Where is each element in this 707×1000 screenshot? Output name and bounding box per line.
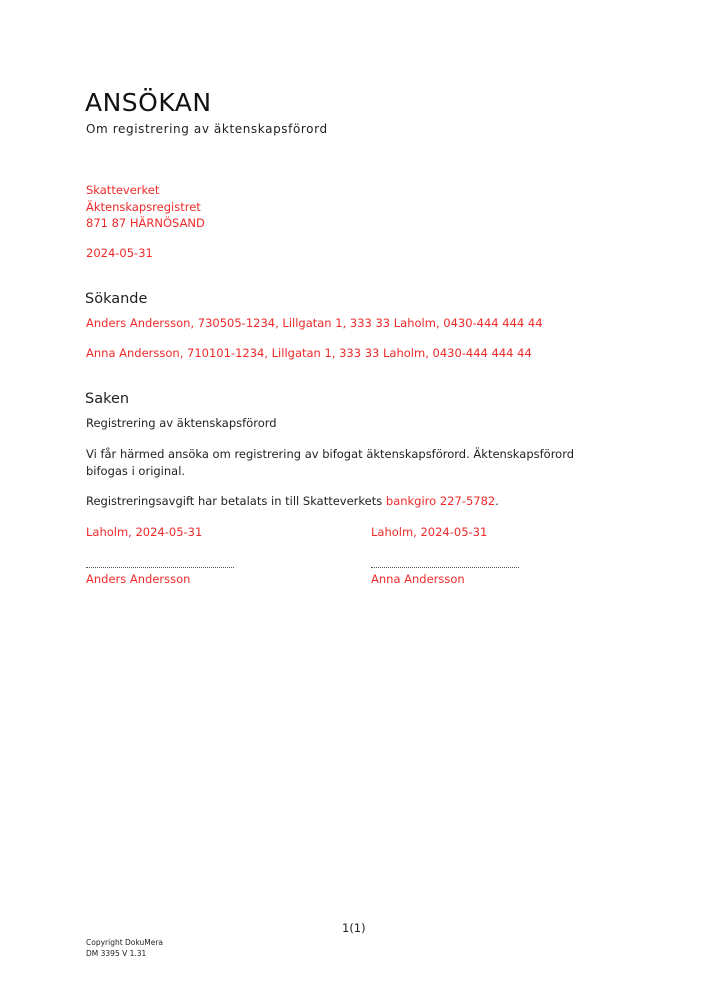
- applicants-heading: Sökande: [85, 291, 147, 307]
- document-title: ANSÖKAN: [85, 88, 212, 117]
- page-number: 1(1): [342, 921, 366, 935]
- signature-line-2: [371, 567, 519, 568]
- recipient-line-1: Skatteverket: [86, 182, 205, 199]
- signature-line-1: [86, 567, 234, 568]
- paragraph-2-suffix: .: [495, 494, 499, 508]
- applicant-1: Anders Andersson, 730505-1234, Lillgatan…: [86, 316, 543, 330]
- matter-subject: Registrering av äktenskapsförord: [86, 416, 277, 430]
- recipient-address: Skatteverket Äktenskapsregistret 871 87 …: [86, 182, 205, 232]
- matter-paragraph-2: Registreringsavgift har betalats in till…: [86, 494, 499, 508]
- recipient-line-3: 871 87 HÄRNÖSAND: [86, 215, 205, 232]
- document-page: ANSÖKAN Om registrering av äktenskapsför…: [0, 0, 707, 1000]
- footer: Copyright DokuMera DM 3395 V 1.31: [86, 937, 163, 959]
- footer-copyright: Copyright DokuMera: [86, 937, 163, 948]
- document-date: 2024-05-31: [86, 246, 153, 260]
- signature-place-date-1: Laholm, 2024-05-31: [86, 525, 202, 539]
- matter-heading: Saken: [85, 391, 129, 407]
- signature-name-2: Anna Andersson: [371, 572, 465, 586]
- document-subtitle: Om registrering av äktenskapsförord: [86, 122, 328, 136]
- applicant-2: Anna Andersson, 710101-1234, Lillgatan 1…: [86, 346, 532, 360]
- matter-paragraph-1: Vi får härmed ansöka om registrering av …: [86, 446, 616, 479]
- footer-version: DM 3395 V 1.31: [86, 948, 163, 959]
- recipient-line-2: Äktenskapsregistret: [86, 199, 205, 216]
- signature-name-1: Anders Andersson: [86, 572, 190, 586]
- signature-place-date-2: Laholm, 2024-05-31: [371, 525, 487, 539]
- bankgiro-number: bankgiro 227-5782: [386, 494, 495, 508]
- paragraph-2-prefix: Registreringsavgift har betalats in till…: [86, 494, 386, 508]
